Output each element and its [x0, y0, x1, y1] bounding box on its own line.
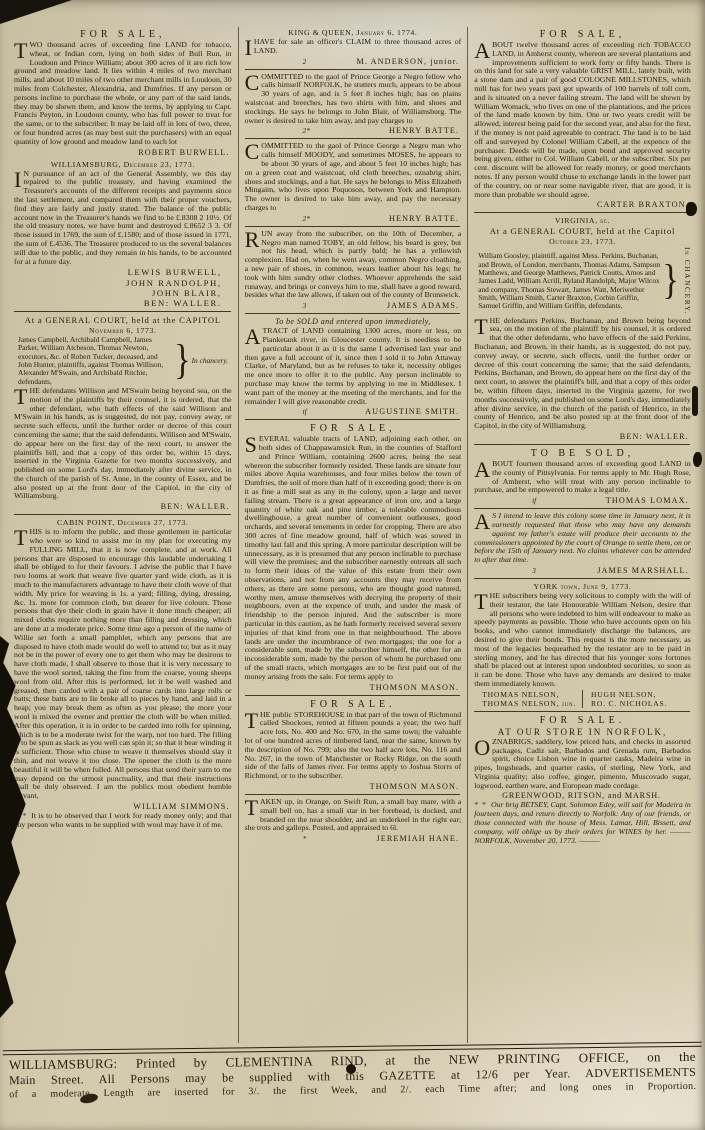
drop-cap: T	[14, 41, 29, 59]
drop-cap: S	[245, 435, 259, 453]
signature-row: 2*HENRY BATTE.	[245, 126, 460, 135]
article-body: THE defendants Willison and M'Swain bein…	[14, 387, 232, 501]
article-body: ABOUT twelve thousand acres of exceeding…	[474, 41, 691, 199]
signature-prefix: 2	[303, 58, 307, 66]
signature-name: GREENWOOD, RITSON, and MARSH.	[502, 791, 661, 800]
signature-name: BEN: WALLER.	[620, 432, 689, 441]
drop-cap: I	[14, 170, 23, 188]
article-heading: FOR SALE,	[474, 29, 691, 40]
article: RUN away from the subscriber, on the 10t…	[245, 226, 462, 310]
article: FOR SALE.THE public STOREHOUSE in that p…	[245, 695, 462, 791]
article-divider-rule	[14, 311, 231, 312]
signature-name: JAMES ADAMS.	[387, 301, 459, 310]
drop-cap: A	[474, 512, 492, 530]
article-body: IN pursuance of an act of the General As…	[14, 170, 232, 267]
article: FOR SALE,TWO thousand acres of exceeding…	[14, 29, 232, 157]
signature-row: CARTER BRAXTON.	[474, 200, 689, 209]
article-heading: At a GENERAL COURT, held at the Capitol	[474, 226, 691, 236]
drop-cap: T	[245, 798, 260, 816]
drop-cap: A	[245, 327, 263, 345]
signature-prefix: *	[303, 835, 307, 843]
signature-row: tfTHOMAS LOMAX.	[474, 496, 689, 505]
article-divider-rule	[474, 508, 690, 509]
signature-row: WILLIAM SIMMONS.	[14, 802, 230, 811]
article-heading: TO BE SOLD,	[474, 448, 691, 459]
column: FOR SALE,ABOUT twelve thousand acres of …	[467, 27, 697, 1043]
signature-columns: THOMAS NELSON,THOMAS NELSON, jun.HUGH NE…	[474, 690, 691, 708]
article-heading: AT OUR STORE IN NORFOLK,	[474, 727, 691, 737]
article-body: TWO thousand acres of exceeding fine LAN…	[14, 41, 232, 147]
article: TO BE SOLD,ABOUT fourteen thousand acres…	[474, 444, 691, 505]
article-divider-rule	[474, 711, 690, 712]
signature-row: ROBERT BURWELL.	[14, 148, 230, 157]
signature-name: M. ANDERSON, junior.	[356, 57, 459, 66]
signature-name: AUGUSTINE SMITH.	[365, 407, 459, 416]
signature-prefix: 3	[532, 567, 536, 575]
signature-name: RO. C. NICHOLAS.	[591, 699, 691, 708]
newspaper-page: FOR SALE,TWO thousand acres of exceeding…	[0, 0, 705, 1130]
court-parties-text: James Campbell, Archibald Campbell, Jame…	[14, 336, 173, 386]
court-parties-text: William Goosley, plaintiff, against Mess…	[474, 252, 661, 310]
signature-prefix: 2*	[303, 215, 310, 223]
article: CABIN POINT, December 27, 1773.THIS is t…	[14, 514, 232, 829]
court-parties-block: William Goosley, plaintiff, against Mess…	[474, 247, 691, 315]
drop-cap: A	[474, 41, 492, 59]
drop-cap: I	[245, 38, 254, 56]
drop-cap: T	[245, 711, 260, 729]
article-divider-rule	[245, 138, 461, 139]
article-body: COMMITTED to the gaol of Prince George a…	[245, 142, 462, 212]
signature-row: 3JAMES MARSHALL.	[474, 566, 689, 575]
article-heading: November 6, 1773.	[14, 326, 232, 335]
drop-cap: T	[14, 528, 29, 546]
article: FOR SALE,SEVERAL valuable tracts of LAND…	[245, 419, 462, 691]
asterism-mark: * *	[14, 811, 27, 820]
brace-glyph: }	[173, 342, 191, 380]
drop-cap: T	[474, 592, 489, 610]
drop-cap: T	[474, 317, 489, 335]
article-heading: KING & QUEEN, January 6, 1774.	[245, 28, 462, 37]
article-body: RUN away from the subscriber, on the 10t…	[245, 230, 462, 300]
signature-name: WILLIAM SIMMONS.	[133, 802, 229, 811]
signature-row: 2M. ANDERSON, junior.	[245, 57, 460, 66]
signature-row: 2*HENRY BATTE.	[245, 214, 460, 223]
article: FOR SALE,ABOUT twelve thousand acres of …	[474, 29, 691, 209]
drop-cap: O	[474, 738, 492, 756]
article-divider-rule	[474, 212, 690, 213]
article: YORK town, June 9, 1773.THE subscribers …	[474, 578, 691, 708]
signature-column-right: HUGH NELSON,RO. C. NICHOLAS.	[582, 690, 691, 708]
article-body: THE public STOREHOUSE in that part of th…	[245, 711, 462, 781]
article-divider-rule	[245, 313, 461, 314]
signature-name: THOMAS NELSON, jun.	[482, 699, 582, 708]
signature-prefix: tf	[532, 497, 536, 505]
article: AS I intend to leave this colony some ti…	[474, 508, 691, 575]
signature-name: LEWIS BURWELL,	[14, 267, 222, 277]
article-heading: October 23, 1773.	[474, 237, 691, 246]
article-divider-rule	[245, 794, 461, 795]
article-heading: To be SOLD and entered upon immediately,	[245, 317, 462, 326]
court-parties-block: James Campbell, Archibald Campbell, Jame…	[14, 336, 232, 386]
article-body: TAKEN up, in Orange, on Swift Run, a sma…	[245, 798, 462, 833]
column: KING & QUEEN, January 6, 1774.IHAVE for …	[238, 27, 468, 1043]
asterism-mark: * *	[474, 800, 487, 809]
signature-name: CARTER BRAXTON.	[597, 200, 689, 209]
imprint-footer: WILLIAMSBURG: Printed by CLEMENTINA RIND…	[0, 1042, 705, 1102]
article-divider-rule	[245, 226, 461, 227]
article: FOR SALE.AT OUR STORE IN NORFOLK,OZNABRI…	[474, 711, 691, 846]
signature-row: 3JAMES ADAMS.	[245, 301, 460, 310]
drop-cap: R	[245, 230, 262, 248]
signature-name: BEN: WALLER.	[161, 502, 230, 511]
article-body: AS I intend to leave this colony some ti…	[474, 512, 691, 565]
article-body: THE defendants Perkins, Buchanan, and Br…	[474, 317, 691, 431]
postscript: * *It is to be observed that I work for …	[14, 812, 232, 830]
drop-cap: T	[14, 387, 29, 405]
signature-name: BEN: WALLER.	[14, 298, 222, 308]
chancery-label: In chancery.	[192, 357, 232, 365]
article: To be SOLD and entered upon immediately,…	[245, 313, 462, 416]
article-body: SEVERAL valuable tracts of LAND, adjoini…	[245, 435, 462, 681]
article-body: IHAVE for sale an officer's CLAIM to thr…	[245, 38, 462, 56]
signature-row: THOMSON MASON.	[245, 683, 460, 692]
article-divider-rule	[474, 444, 690, 445]
article: At a GENERAL COURT, held at the CAPITOLN…	[14, 311, 232, 511]
signature-name: JOHN BLAIR,	[14, 288, 222, 298]
article-heading: VIRGINIA, sc.	[474, 216, 691, 225]
article: WILLIAMSBURG, December 23, 1773.IN pursu…	[14, 160, 232, 309]
article-body: COMMITTED to the gaol of Prince George a…	[245, 73, 462, 126]
article-divider-rule	[14, 514, 231, 515]
article-heading: FOR SALE,	[245, 423, 462, 434]
article-heading: FOR SALE,	[14, 29, 232, 40]
signature-prefix: tf	[303, 408, 307, 416]
chancery-label: In CHANCERY.	[680, 247, 691, 315]
article-heading: At a GENERAL COURT, held at the CAPITOL	[14, 315, 232, 325]
signature-row: THOMSON MASON.	[245, 782, 460, 791]
article: VIRGINIA, sc.At a GENERAL COURT, held at…	[474, 212, 691, 441]
signature-prefix: 2*	[303, 127, 310, 135]
drop-cap: C	[245, 73, 262, 91]
article-body: OZNABRIGS, saddlery, low priced hats, an…	[474, 738, 691, 791]
column-container: FOR SALE,TWO thousand acres of exceeding…	[8, 27, 697, 1043]
article-divider-rule	[245, 419, 461, 420]
signature-name: THOMSON MASON.	[370, 683, 460, 692]
signature-name: THOMAS NELSON,	[482, 690, 582, 699]
signature-name: ROBERT BURWELL.	[138, 148, 229, 157]
article-heading: FOR SALE.	[245, 699, 462, 710]
article: COMMITTED to the gaol of Prince George a…	[245, 138, 462, 222]
signature-row: tfAUGUSTINE SMITH.	[245, 407, 460, 416]
article-divider-rule	[474, 578, 690, 579]
article-heading: FOR SALE.	[474, 715, 691, 726]
article: KING & QUEEN, January 6, 1774.IHAVE for …	[245, 28, 462, 66]
signature-row: BEN: WALLER.	[14, 502, 230, 511]
brace-glyph: }	[661, 263, 679, 301]
signature-name: JAMES MARSHALL.	[597, 566, 689, 575]
article: TAKEN up, in Orange, on Swift Run, a sma…	[245, 794, 462, 843]
column: FOR SALE,TWO thousand acres of exceeding…	[8, 27, 238, 1043]
signature-name: HUGH NELSON,	[591, 690, 691, 699]
signature-row: *JEREMIAH HANE.	[245, 834, 460, 843]
article-divider-rule	[245, 695, 461, 696]
signature-name: HENRY BATTE.	[389, 214, 459, 223]
signature-name: JOHN RANDOLPH,	[14, 278, 222, 288]
article-body: ATRACT of LAND containing 1300 acres, mo…	[245, 327, 462, 406]
article-divider-rule	[245, 69, 461, 70]
article-body: THE subscribers being very solicitous to…	[474, 592, 691, 689]
signature-prefix: 3	[303, 302, 307, 310]
postscript: * *Our brig BETSEY, Capt. Solomon Edey, …	[474, 801, 691, 845]
article-heading: WILLIAMSBURG, December 23, 1773.	[14, 160, 232, 169]
drop-cap: A	[474, 460, 492, 478]
signature-row: BEN: WALLER.	[474, 432, 689, 441]
signature-column-left: THOMAS NELSON,THOMAS NELSON, jun.	[474, 690, 582, 708]
article: COMMITTED to the gaol of Prince George a…	[245, 69, 462, 136]
signature-name: JEREMIAH HANE.	[376, 834, 459, 843]
article-heading: CABIN POINT, December 27, 1773.	[14, 518, 232, 527]
signature-name: THOMSON MASON.	[370, 782, 460, 791]
signature-name: THOMAS LOMAX.	[606, 496, 689, 505]
signature-name: HENRY BATTE.	[389, 126, 459, 135]
article-body: ABOUT fourteen thousand acres of exceedi…	[474, 460, 691, 495]
torn-corner-top-left	[0, 0, 72, 24]
article-heading: YORK town, June 9, 1773.	[474, 582, 691, 591]
article-body: THIS is to inform the public, and those …	[14, 528, 232, 801]
signature-row: GREENWOOD, RITSON, and MARSH.	[474, 791, 689, 800]
drop-cap: C	[245, 142, 262, 160]
signature-block: LEWIS BURWELL,JOHN RANDOLPH,JOHN BLAIR,B…	[14, 267, 232, 308]
